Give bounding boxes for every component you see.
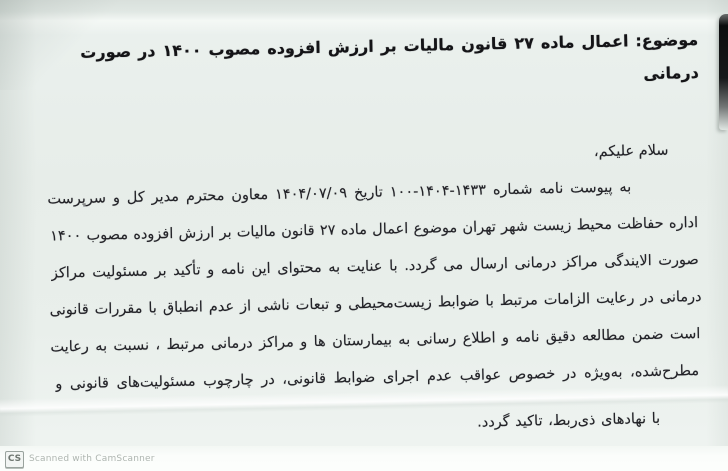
body-closing-line: با نهادهای ذی‌ربط، تاکید گردد. — [477, 406, 661, 438]
body-line: مطرح‌شده، به‌ویژه در خصوص عواقب عدم اجرا… — [55, 358, 699, 399]
body-line: صورت الایندگی مراکز درمانی ارسال می گردد… — [51, 247, 699, 289]
body-line: به پیوست نامه شماره ۱۴۳۳-۱۴۰۴-۱۰۰ تاریخ … — [47, 174, 631, 214]
body-line: است ضمن مطالعه دقیق نامه و اطلاع رسانی ب… — [50, 321, 700, 363]
subject-line-2: درمانی — [643, 59, 699, 88]
salutation: سلام علیکم، — [594, 138, 669, 168]
body-line: اداره حفاظت محیط زیست شهر تهران موضوع اع… — [50, 210, 698, 252]
body-line: درمانی در رعایت الزامات مرتبط با ضوابط ز… — [49, 284, 701, 326]
camscanner-watermark-label: Scanned with CamScanner — [29, 454, 155, 464]
letter-content: موضوع: اعمال ماده ۲۷ قانون مالیات بر ارز… — [0, 0, 728, 471]
scanned-letter-page: موضوع: اعمال ماده ۲۷ قانون مالیات بر ارز… — [0, 0, 728, 471]
camscanner-badge-icon: CS — [5, 451, 24, 468]
subject-line-1: موضوع: اعمال ماده ۲۷ قانون مالیات بر ارز… — [80, 26, 698, 67]
